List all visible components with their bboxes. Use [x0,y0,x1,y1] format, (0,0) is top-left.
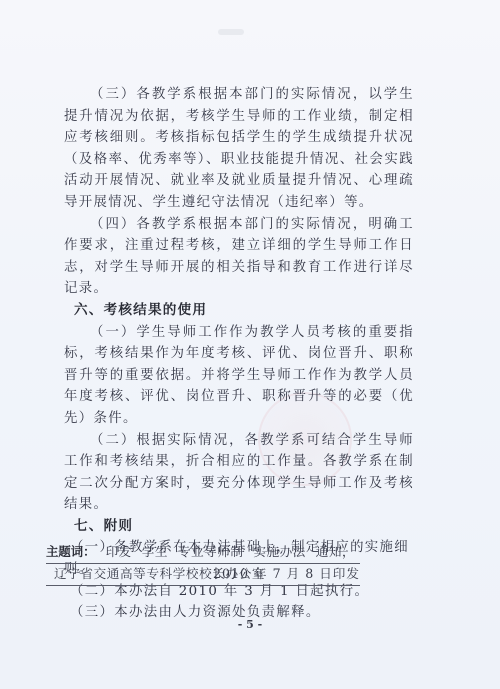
paragraph-3: （三）各教学系根据本部门的实际情况，以学生提升情况为依据，考核学生导师的工作业绩… [64,84,414,214]
section-heading-6: 六、考核结果的使用 [64,300,414,322]
paragraph-6-2: （二）根据实际情况，各教学系可结合学生导师工作和考核结果，折合相应的工作量。各教… [64,430,414,516]
document-page: （三）各教学系根据本部门的实际情况，以学生提升情况为依据，考核学生导师的工作业绩… [0,0,500,689]
keyword: 实施办法 [253,544,305,559]
keyword: 学生 [142,544,168,559]
trailing-mark: ， [342,544,355,559]
issuer-row: 辽宁省交通高等专科学校校长办公室 2010 年 7 月 8 日印发 [46,564,360,586]
keywords-label: 主题词： [46,544,96,559]
keyword: 通知 [316,544,342,559]
keyword: 印发 [106,544,132,559]
keywords-row: 主题词：印发学生专业导师制实施办法通知， [46,542,360,564]
section-heading-7: 七、附则 [64,516,414,538]
paragraph-4: （四）各教学系根据本部门的实际情况，明确工作要求，注重过程考核，建立详细的学生导… [64,214,414,300]
page-number: - 5 - [0,618,500,631]
header-mark [218,29,244,35]
keyword: 专业导师制 [178,544,243,559]
paragraph-6-1: （一）学生导师工作作为教学人员考核的重要指标，考核结果作为年度考核、评优、岗位晋… [64,322,414,430]
document-footer: 主题词：印发学生专业导师制实施办法通知， 辽宁省交通高等专科学校校长办公室 20… [46,542,360,586]
issue-date: 2010 年 7 月 8 日印发 [213,564,360,584]
